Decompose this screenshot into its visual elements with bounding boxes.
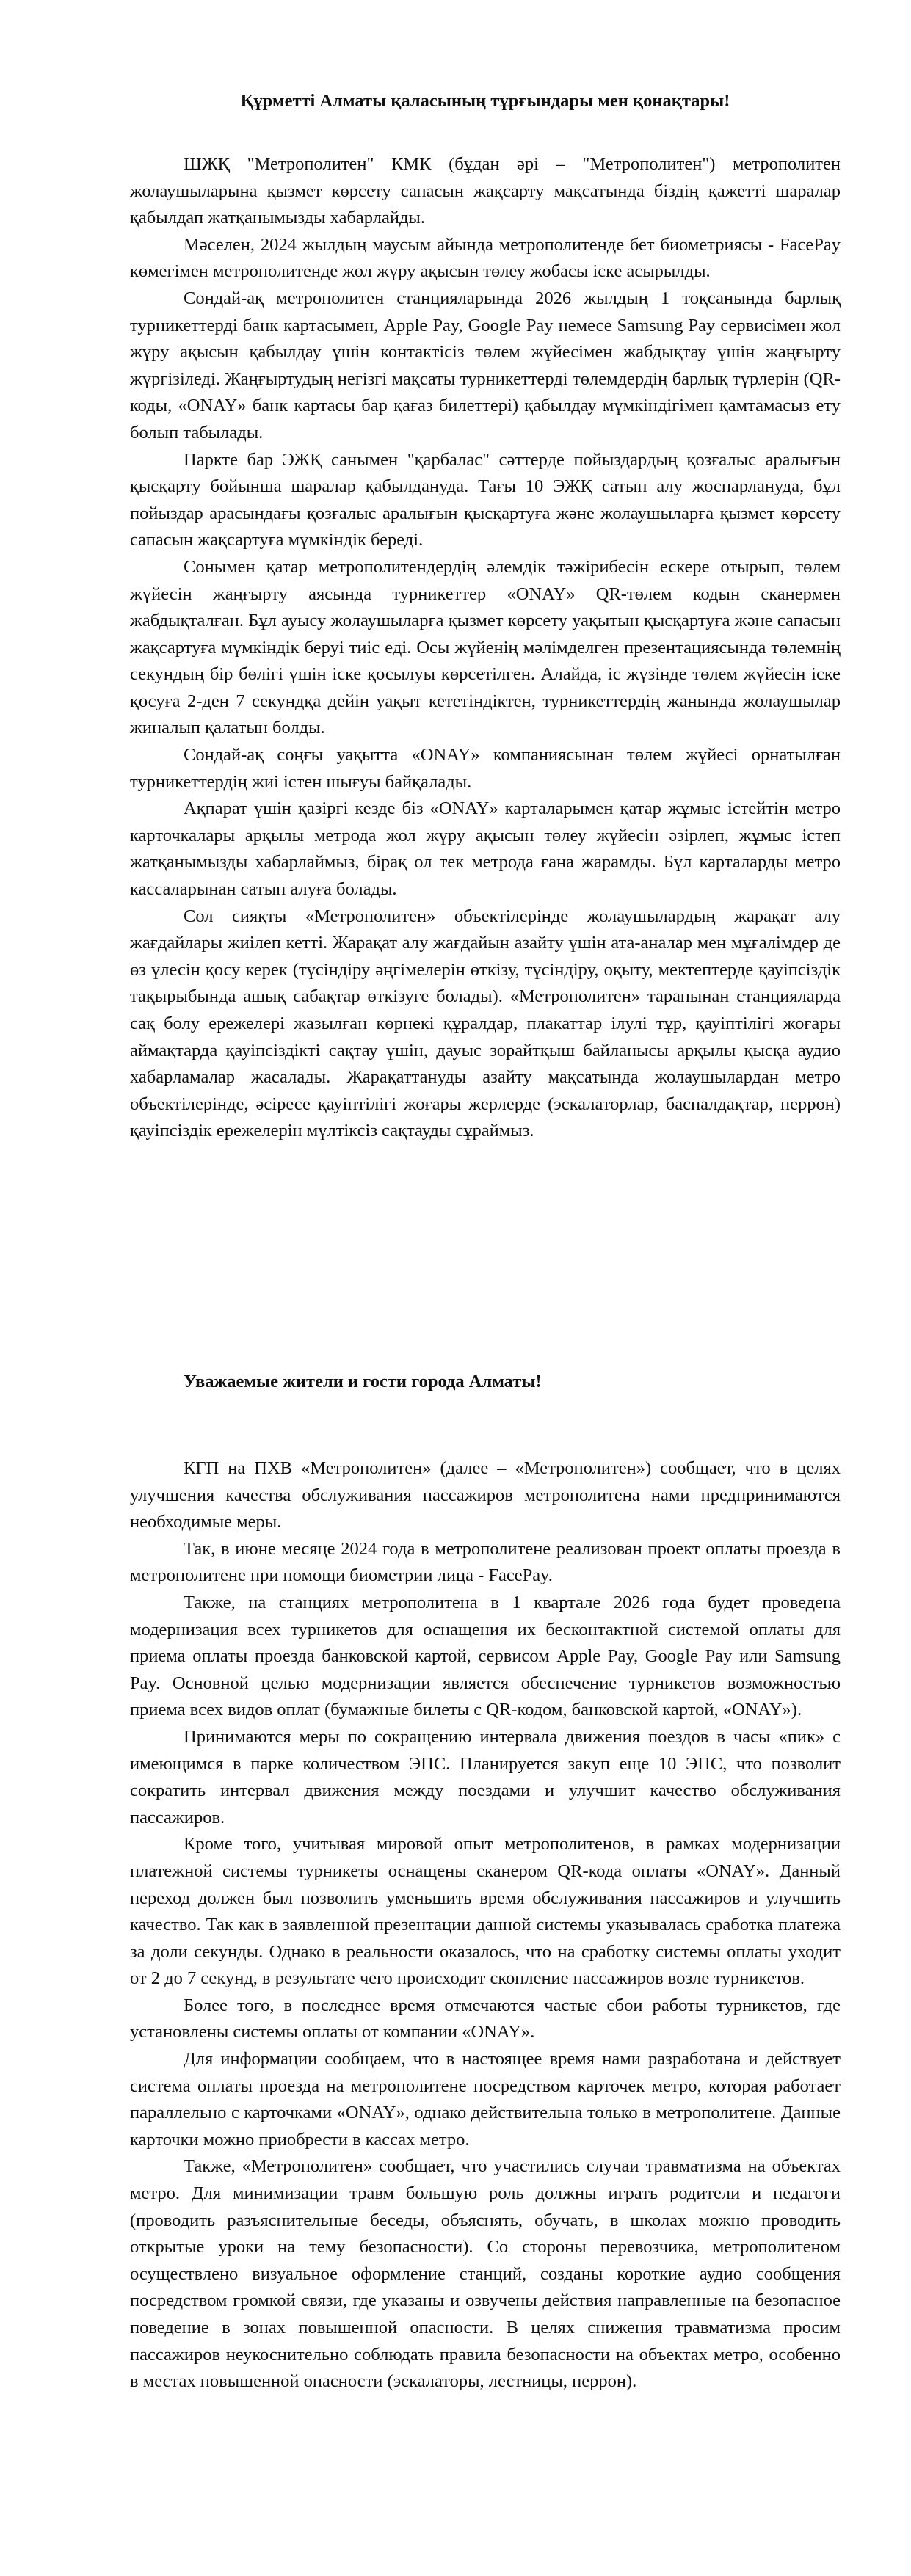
russian-title: Уважаемые жители и гости города Алматы! [130,1369,841,1396]
kazakh-paragraph: Сонымен қатар метрополитендердің әлемдік… [130,554,841,742]
kazakh-paragraph: Ақпарат үшін қазіргі кезде біз «ONAY» ка… [130,796,841,903]
russian-paragraph: Кроме того, учитывая мировой опыт метроп… [130,1831,841,1993]
kazakh-paragraph: Мәселен, 2024 жылдың маусым айында метро… [130,232,841,285]
russian-paragraph: Более того, в последнее время отмечаются… [130,1993,841,2046]
kazakh-body: ШЖҚ "Метрополитен" КМК (бұдан әрі – "Мет… [130,151,841,1145]
kazakh-paragraph: Сондай-ақ соңғы уақытта «ONAY» компанияс… [130,742,841,796]
kazakh-title: Құрметті Алматы қаласының тұрғындары мен… [130,88,841,115]
russian-paragraph: Для информации сообщаем, что в настоящее… [130,2046,841,2153]
kazakh-paragraph: Паркте бар ЭЖҚ санымен "қарбалас" сәттер… [130,447,841,554]
russian-paragraph: КГП на ПХВ «Метрополитен» (далее – «Метр… [130,1455,841,1536]
kazakh-paragraph: ШЖҚ "Метрополитен" КМК (бұдан әрі – "Мет… [130,151,841,232]
russian-paragraph: Также, «Метрополитен» сообщает, что учас… [130,2153,841,2395]
russian-body: КГП на ПХВ «Метрополитен» (далее – «Метр… [130,1455,841,2395]
russian-paragraph: Также, на станциях метрополитена в 1 ква… [130,1590,841,1724]
russian-paragraph: Так, в июне месяце 2024 года в метрополи… [130,1536,841,1590]
kazakh-paragraph: Сондай-ақ метрополитен станцияларында 20… [130,285,841,447]
kazakh-paragraph: Сол сияқты «Метрополитен» объектілерінде… [130,903,841,1145]
russian-paragraph: Принимаются меры по сокращению интервала… [130,1724,841,1831]
